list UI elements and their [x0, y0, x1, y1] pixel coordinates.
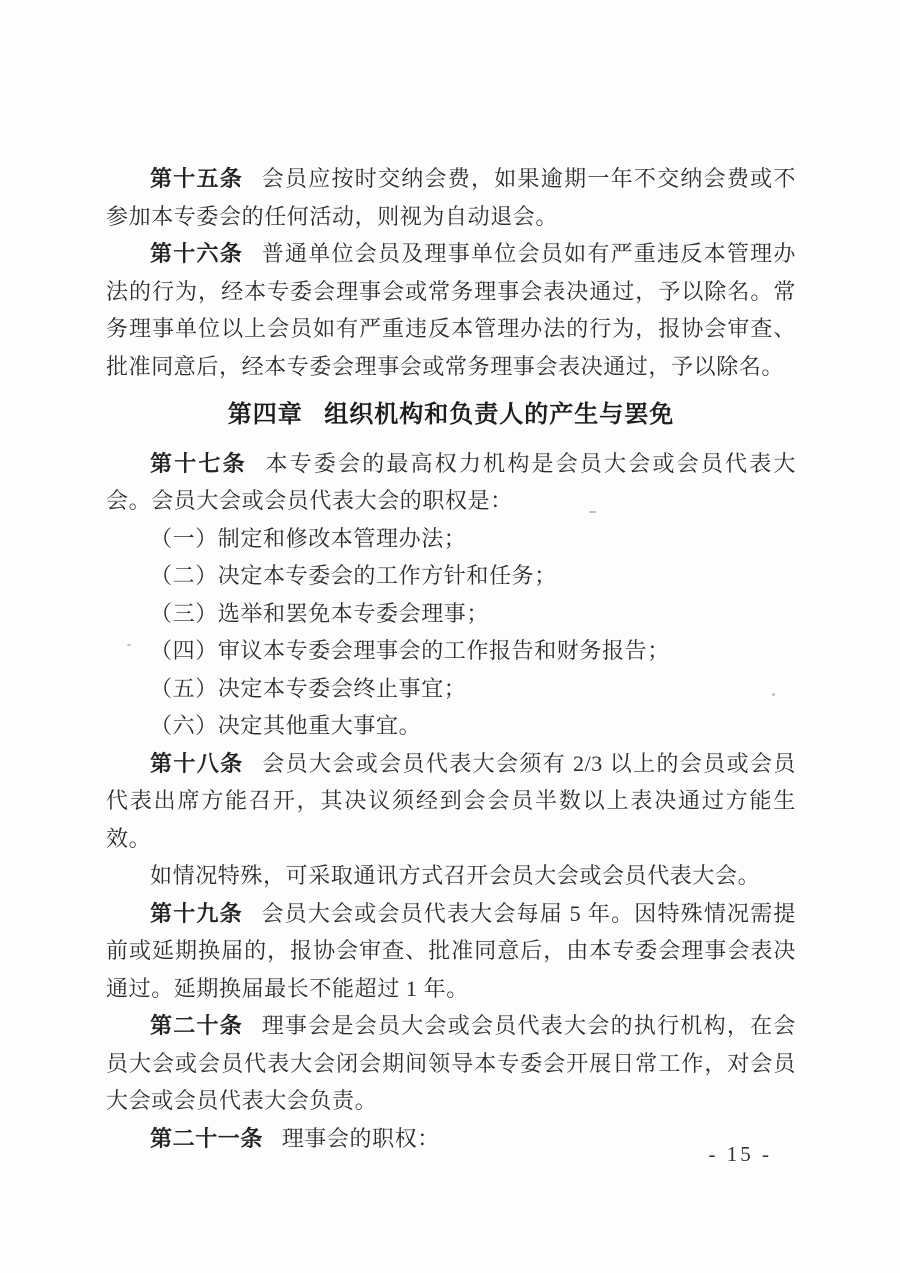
special-case-paragraph: 如情况特殊，可采取通讯方式召开会员大会或会员代表大会。 [106, 857, 796, 895]
article-21-paragraph: 第二十一条理事会的职权： [106, 1120, 796, 1158]
scan-speck [772, 693, 775, 696]
powers-list-item-3: （三）选举和罢免本专委会理事； [106, 595, 796, 633]
article-20-number: 第二十条 [150, 1013, 243, 1038]
powers-list-item-5: （五）决定本专委会终止事宜； [106, 670, 796, 708]
powers-list-item-1-text: （一）制定和修改本管理办法； [150, 526, 466, 551]
powers-list-item-6: （六）决定其他重大事宜。 [106, 707, 796, 745]
document-body: 第十五条会员应按时交纳会费，如果逾期一年不交纳会费或不参加本专委会的任何活动，则… [106, 160, 796, 1157]
article-19-paragraph: 第十九条会员大会或会员代表大会每届 5 年。因特殊情况需提前或延期换届的，报协会… [106, 895, 796, 1008]
powers-list-item-2-text: （二）决定本专委会的工作方针和任务； [150, 563, 557, 588]
special-case-text: 如情况特殊，可采取通讯方式召开会员大会或会员代表大会。 [150, 863, 760, 888]
powers-list-item-2: （二）决定本专委会的工作方针和任务； [106, 557, 796, 595]
powers-list-item-5-text: （五）决定本专委会终止事宜； [150, 676, 466, 701]
powers-list-item-4: （四）审议本专委会理事会的工作报告和财务报告； [106, 632, 796, 670]
chapter-4-heading: 第四章组织机构和负责人的产生与罢免 [106, 396, 796, 434]
scan-speck [127, 644, 131, 646]
article-18-number: 第十八条 [150, 751, 244, 776]
powers-list-item-3-text: （三）选举和罢免本专委会理事； [150, 601, 489, 626]
article-18-paragraph: 第十八条会员大会或会员代表大会须有 2/3 以上的会员或会员代表出席方能召开，其… [106, 745, 796, 858]
article-19-number: 第十九条 [150, 901, 243, 926]
powers-list-item-4-text: （四）审议本专委会理事会的工作报告和财务报告； [150, 638, 670, 663]
article-15-paragraph: 第十五条会员应按时交纳会费，如果逾期一年不交纳会费或不参加本专委会的任何活动，则… [106, 160, 796, 235]
article-15-number: 第十五条 [150, 166, 243, 191]
document-page: 第十五条会员应按时交纳会费，如果逾期一年不交纳会费或不参加本专委会的任何活动，则… [0, 0, 900, 1273]
article-20-paragraph: 第二十条理事会是会员大会或会员代表大会的执行机构，在会员大会或会员代表大会闭会期… [106, 1007, 796, 1120]
article-21-number: 第二十一条 [150, 1126, 263, 1151]
chapter-4-title: 组织机构和负责人的产生与罢免 [324, 401, 674, 428]
article-17-number: 第十七条 [150, 451, 247, 476]
powers-list-item-6-text: （六）决定其他重大事宜。 [150, 713, 421, 738]
article-16-number: 第十六条 [150, 241, 243, 266]
scan-speck [589, 511, 596, 513]
article-16-paragraph: 第十六条普通单位会员及理事单位会员如有严重违反本管理办法的行为，经本专委会理事会… [106, 235, 796, 385]
chapter-4-number: 第四章 [228, 401, 303, 428]
article-21-text: 理事会的职权： [282, 1126, 440, 1151]
article-17-paragraph: 第十七条本专委会的最高权力机构是会员大会或会员代表大会。会员大会或会员代表大会的… [106, 445, 796, 520]
page-number: - 15 - [709, 1142, 773, 1167]
powers-list-item-1: （一）制定和修改本管理办法； [106, 520, 796, 558]
